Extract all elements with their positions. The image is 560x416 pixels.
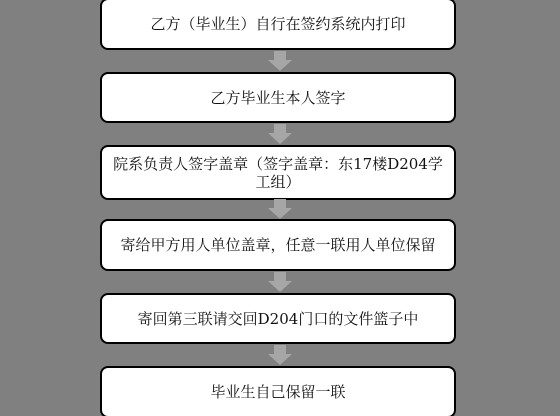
down-arrow-icon (268, 124, 292, 144)
step-label: 乙方（毕业生）自行在签约系统内打印 (150, 15, 405, 33)
step-2-student-signature: 乙方毕业生本人签字 (100, 72, 456, 123)
step-label: 院系负责人签字盖章（签字盖章：东17楼D204学工组） (108, 155, 448, 191)
step-label: 毕业生自己保留一联 (210, 383, 345, 401)
step-5-return-third-copy: 寄回第三联请交回D204门口的文件篮子中 (100, 293, 456, 344)
step-label: 寄回第三联请交回D204门口的文件篮子中 (138, 310, 419, 328)
down-arrow-icon (268, 199, 292, 219)
down-arrow-icon (268, 345, 292, 365)
step-3-department-stamp: 院系负责人签字盖章（签字盖章：东17楼D204学工组） (100, 145, 456, 200)
step-1-print-agreement: 乙方（毕业生）自行在签约系统内打印 (100, 0, 456, 50)
down-arrow-icon (268, 272, 292, 292)
step-4-employer-stamp: 寄给甲方用人单位盖章，任意一联用人单位保留 (100, 219, 456, 271)
step-6-student-keeps-copy: 毕业生自己保留一联 (100, 366, 456, 416)
step-label: 乙方毕业生本人签字 (210, 89, 345, 107)
step-label: 寄给甲方用人单位盖章，任意一联用人单位保留 (120, 236, 435, 254)
down-arrow-icon (268, 51, 292, 71)
